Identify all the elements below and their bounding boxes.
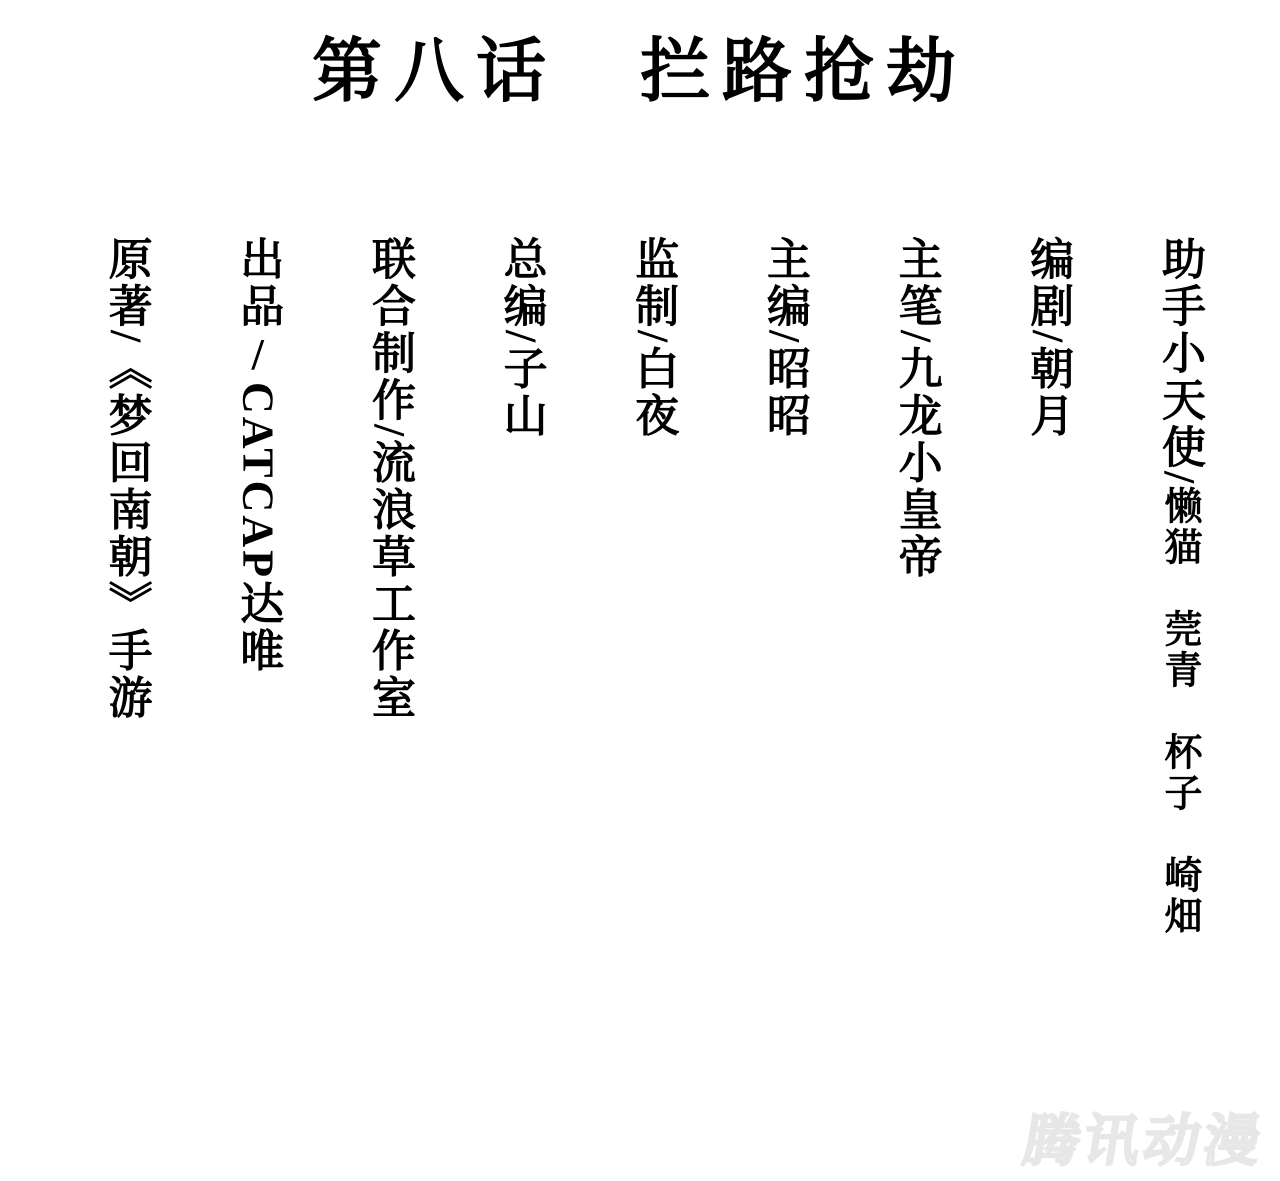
role-label: 原著 [102,236,151,330]
credit-names: 白夜 [628,345,677,439]
credit-names: 昭昭 [760,345,809,439]
separator-slash: / [497,330,546,345]
separator-slash: / [1155,471,1204,486]
credit-column-lead-artist: 主笔/九龙小皇帝 [890,236,941,580]
role-label: 出品 [233,236,282,330]
role-label: 主笔 [892,236,941,330]
credit-names: 朝月 [1023,345,1072,439]
tencent-comics-watermark: 腾讯动漫 [1020,1113,1269,1169]
separator-slash: / [892,330,941,345]
credit-column-co-production: 联合制作/流浪草工作室 [363,236,414,721]
role-label: 主编 [760,236,809,330]
separator-slash: / [760,330,809,345]
credit-names: 流浪草工作室 [365,439,414,721]
credit-column-original-work: 原著/《梦回南朝》手游 [100,236,151,721]
credit-column-screenwriter: 编剧/朝月 [1022,236,1073,439]
credits-block: 助手小天使/懒猫 莞青 杯子 崎畑 编剧/朝月 主笔/九龙小皇帝 主编/昭昭 监… [100,236,1204,996]
separator-slash: / [233,330,282,382]
comic-credits-page: { "page": { "background_color": "#ffffff… [0,0,1280,1181]
credit-column-producer: 出品/CATCAP达唯 [232,236,283,674]
credit-names: 《梦回南朝》手游 [102,345,151,721]
credit-column-supervisor: 监制/白夜 [627,236,678,439]
role-label: 总编 [497,236,546,330]
separator-slash: / [102,330,151,345]
credit-column-chief-editor: 主编/昭昭 [758,236,809,439]
credit-names: 九龙小皇帝 [892,345,941,580]
credit-names: 懒猫 莞青 杯子 崎畑 [1158,486,1200,937]
credit-column-editor-in-chief: 总编/子山 [495,236,546,439]
separator-slash: / [365,424,414,439]
separator-slash: / [628,330,677,345]
chapter-title: 第八话 拦路抢劫 [0,34,1280,111]
role-label: 监制 [628,236,677,330]
separator-slash: / [1023,330,1072,345]
credit-column-assistants: 助手小天使/懒猫 莞青 杯子 崎畑 [1153,236,1204,937]
role-label: 编剧 [1023,236,1072,330]
role-label: 助手小天使 [1155,236,1204,471]
credit-names: CATCAP达唯 [233,382,282,674]
role-label: 联合制作 [365,236,414,424]
credit-names: 子山 [497,345,546,439]
